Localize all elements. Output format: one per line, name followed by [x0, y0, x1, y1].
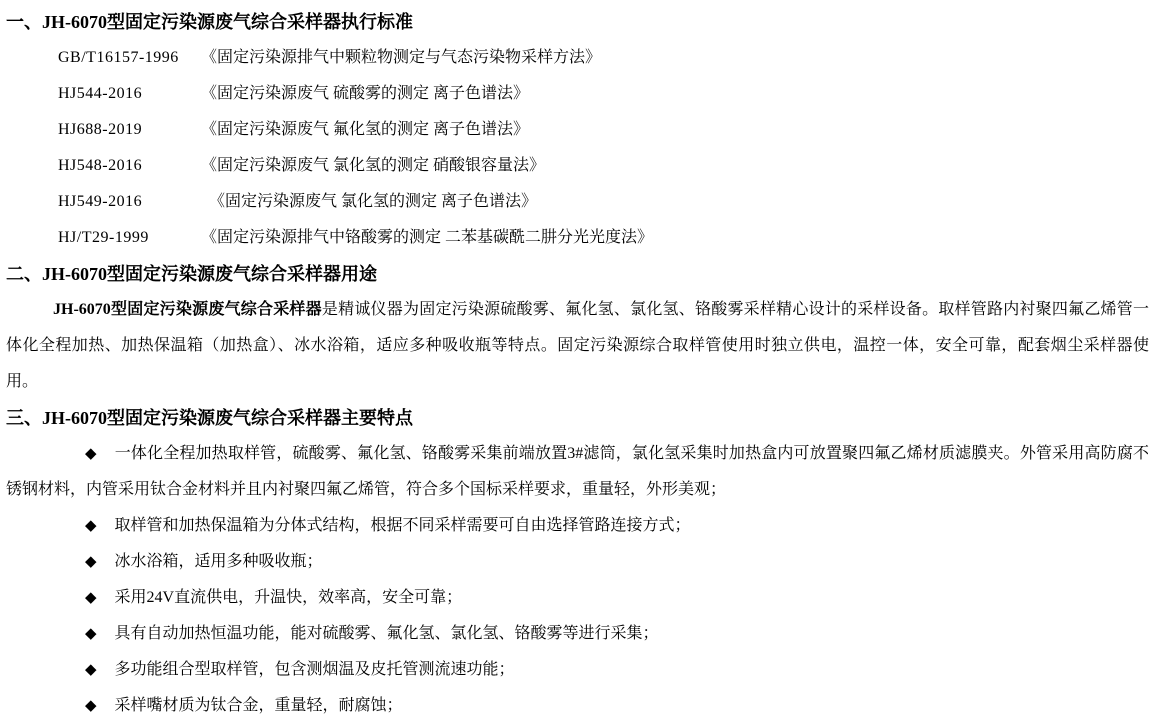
- standard-code: HJ549-2016: [58, 184, 201, 220]
- standard-row: HJ544-2016《固定污染源废气 硫酸雾的测定 离子色谱法》: [6, 76, 1149, 112]
- diamond-bullet-icon: ◆: [85, 554, 97, 570]
- section2-heading: 二、JH-6070型固定污染源废气综合采样器用途: [6, 256, 1149, 292]
- standard-row: GB/T16157-1996《固定污染源排气中颗粒物测定与气态污染物采样方法》: [6, 40, 1149, 76]
- standard-code: HJ688-2019: [58, 112, 201, 148]
- feature-item: ◆取样管和加热保温箱为分体式结构，根据不同采样需要可自由选择管路连接方式；: [6, 508, 1149, 544]
- standard-row: HJ/T29-1999《固定污染源排气中铬酸雾的测定 二苯基碳酰二肼分光光度法》: [6, 220, 1149, 256]
- standard-row: HJ548-2016《固定污染源废气 氯化氢的测定 硝酸银容量法》: [6, 148, 1149, 184]
- diamond-bullet-icon: ◆: [85, 518, 97, 534]
- standard-title: 《固定污染源废气 氯化氢的测定 离子色谱法》: [201, 193, 537, 210]
- feature-text: 冰水浴箱，适用多种吸收瓶；: [115, 553, 323, 570]
- diamond-bullet-icon: ◆: [85, 662, 97, 678]
- feature-text: 取样管和加热保温箱为分体式结构，根据不同采样需要可自由选择管路连接方式；: [115, 517, 691, 534]
- usage-paragraph-lead: JH-6070型固定污染源废气综合采样器: [53, 301, 322, 318]
- section3-heading: 三、JH-6070型固定污染源废气综合采样器主要特点: [6, 400, 1149, 436]
- feature-item: ◆采用24V直流供电，升温快，效率高，安全可靠；: [6, 580, 1149, 616]
- features-list: ◆一体化全程加热取样管，硫酸雾、氟化氢、铬酸雾采集前端放置3#滤筒，氯化氢采集时…: [6, 436, 1149, 724]
- feature-text: 具有自动加热恒温功能，能对硫酸雾、氟化氢、氯化氢、铬酸雾等进行采集；: [115, 625, 659, 642]
- standard-row: HJ688-2019《固定污染源废气 氟化氢的测定 离子色谱法》: [6, 112, 1149, 148]
- feature-item: ◆多功能组合型取样管，包含测烟温及皮托管测流速功能；: [6, 652, 1149, 688]
- standard-code: HJ544-2016: [58, 76, 201, 112]
- feature-text: 多功能组合型取样管，包含测烟温及皮托管测流速功能；: [115, 661, 515, 678]
- usage-paragraph: JH-6070型固定污染源废气综合采样器是精诚仪器为固定污染源硫酸雾、氟化氢、氯…: [6, 292, 1149, 400]
- standard-title: 《固定污染源废气 氯化氢的测定 硝酸银容量法》: [201, 157, 545, 174]
- document-page: 一、JH-6070型固定污染源废气综合采样器执行标准 GB/T16157-199…: [6, 4, 1149, 724]
- feature-text: 采样嘴材质为钛合金，重量轻，耐腐蚀；: [115, 697, 403, 714]
- standard-title: 《固定污染源废气 氟化氢的测定 离子色谱法》: [201, 121, 529, 138]
- diamond-bullet-icon: ◆: [85, 446, 97, 462]
- diamond-bullet-icon: ◆: [85, 698, 97, 714]
- standard-code: HJ/T29-1999: [58, 220, 201, 256]
- section1-heading: 一、JH-6070型固定污染源废气综合采样器执行标准: [6, 4, 1149, 40]
- feature-item: ◆具有自动加热恒温功能，能对硫酸雾、氟化氢、氯化氢、铬酸雾等进行采集；: [6, 616, 1149, 652]
- standard-title: 《固定污染源废气 硫酸雾的测定 离子色谱法》: [201, 85, 529, 102]
- standard-title: 《固定污染源排气中铬酸雾的测定 二苯基碳酰二肼分光光度法》: [201, 229, 653, 246]
- standard-code: HJ548-2016: [58, 148, 201, 184]
- feature-item: ◆采样嘴材质为钛合金，重量轻，耐腐蚀；: [6, 688, 1149, 724]
- standard-row: HJ549-2016 《固定污染源废气 氯化氢的测定 离子色谱法》: [6, 184, 1149, 220]
- diamond-bullet-icon: ◆: [85, 590, 97, 606]
- feature-item: ◆冰水浴箱，适用多种吸收瓶；: [6, 544, 1149, 580]
- standard-code: GB/T16157-1996: [58, 40, 201, 76]
- standards-list: GB/T16157-1996《固定污染源排气中颗粒物测定与气态污染物采样方法》 …: [6, 40, 1149, 256]
- standard-title: 《固定污染源排气中颗粒物测定与气态污染物采样方法》: [201, 49, 601, 66]
- diamond-bullet-icon: ◆: [85, 626, 97, 642]
- feature-item: ◆一体化全程加热取样管，硫酸雾、氟化氢、铬酸雾采集前端放置3#滤筒，氯化氢采集时…: [6, 436, 1149, 508]
- feature-text: 一体化全程加热取样管，硫酸雾、氟化氢、铬酸雾采集前端放置3#滤筒，氯化氢采集时加…: [6, 445, 1149, 498]
- feature-text: 采用24V直流供电，升温快，效率高，安全可靠；: [115, 589, 463, 606]
